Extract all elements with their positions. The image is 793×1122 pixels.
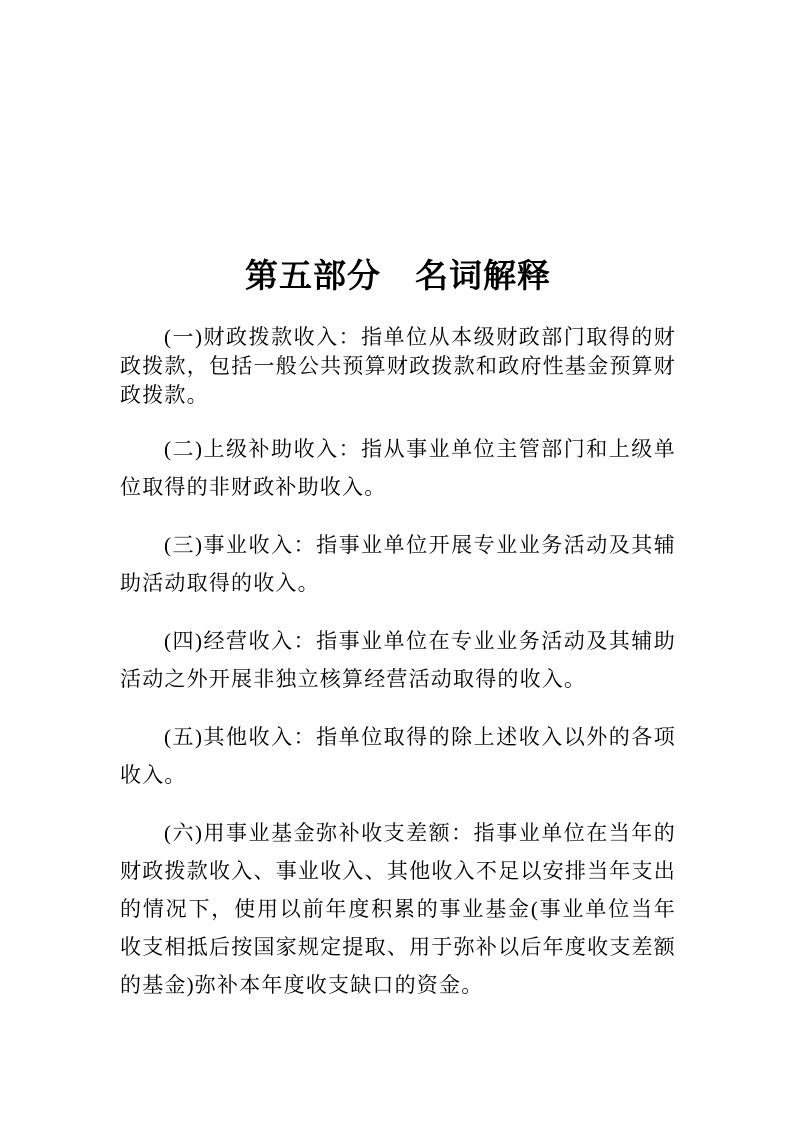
page-title: 第五部分 名词解释 <box>120 257 676 297</box>
definition-paragraph-superior-subsidy-income: (二)上级补助收入：指从事业单位主管部门和上级单位取得的非财政补助收入。 <box>120 430 676 506</box>
document-page: 第五部分 名词解释 (一)财政拨款收入：指单位从本级财政部门取得的财政拨款，包括… <box>0 0 793 1122</box>
definition-paragraph-other-income: (五)其他收入：指单位取得的除上述收入以外的各项收入。 <box>120 718 676 794</box>
definition-paragraph-fund-deficit-cover: (六)用事业基金弥补收支差额：指事业单位在当年的财政拨款收入、事业收入、其他收入… <box>120 814 676 1004</box>
definition-paragraph-operating-unit-income: (三)事业收入：指事业单位开展专业业务活动及其辅助活动取得的收入。 <box>120 526 676 602</box>
definition-paragraph-fiscal-appropriation-income: (一)财政拨款收入：指单位从本级财政部门取得的财政拨款，包括一般公共预算财政拨款… <box>120 323 676 410</box>
definition-paragraph-business-income: (四)经营收入：指事业单位在专业业务活动及其辅助活动之外开展非独立核算经营活动取… <box>120 622 676 698</box>
